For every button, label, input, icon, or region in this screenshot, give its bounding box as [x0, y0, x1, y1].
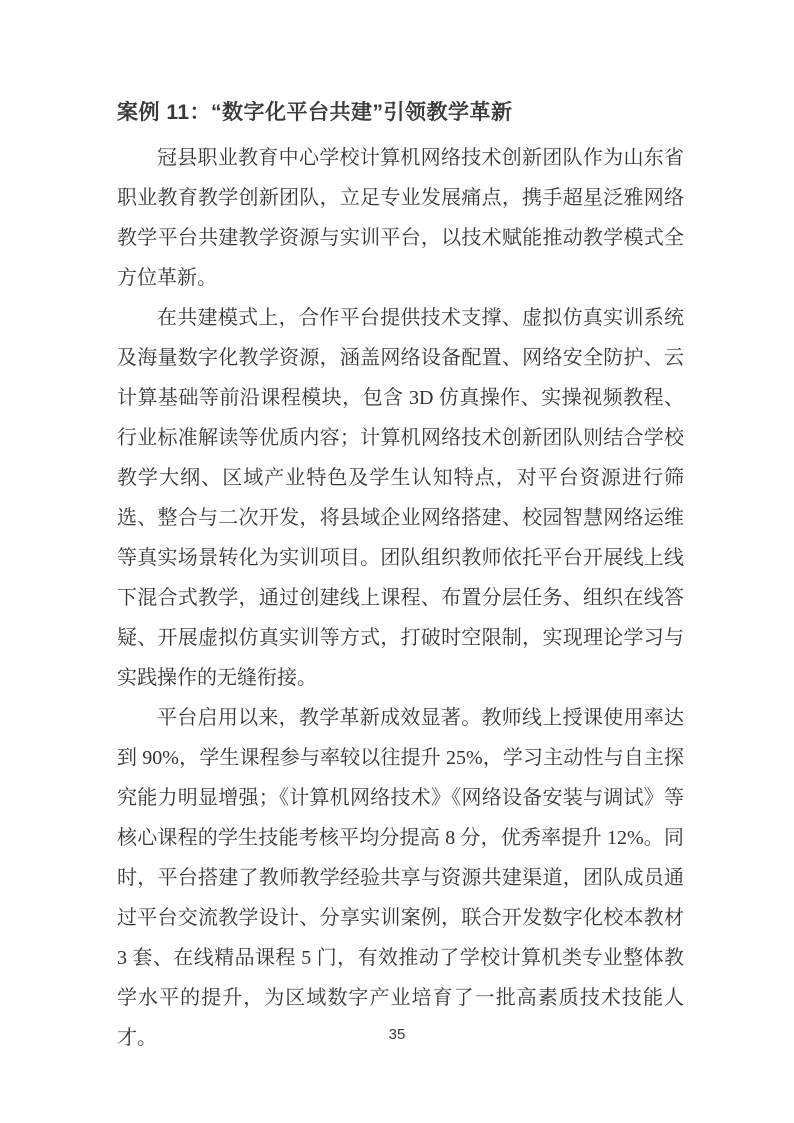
page-number: 35: [0, 1026, 794, 1043]
page-content: 案例 11：“数字化平台共建”引领教学革新 冠县职业教育中心学校计算机网络技术创…: [117, 100, 684, 1058]
body-paragraph-1: 冠县职业教育中心学校计算机网络技术创新团队作为山东省职业教育教学创新团队，立足专…: [117, 138, 684, 298]
body-paragraph-3: 平台启用以来，教学革新成效显著。教师线上授课使用率达到 90%，学生课程参与率较…: [117, 698, 684, 1058]
section-title: 案例 11：“数字化平台共建”引领教学革新: [117, 100, 684, 126]
body-paragraph-2: 在共建模式上，合作平台提供技术支撑、虚拟仿真实训系统及海量数字化教学资源，涵盖网…: [117, 298, 684, 698]
document-page: 案例 11：“数字化平台共建”引领教学革新 冠县职业教育中心学校计算机网络技术创…: [0, 0, 794, 1123]
